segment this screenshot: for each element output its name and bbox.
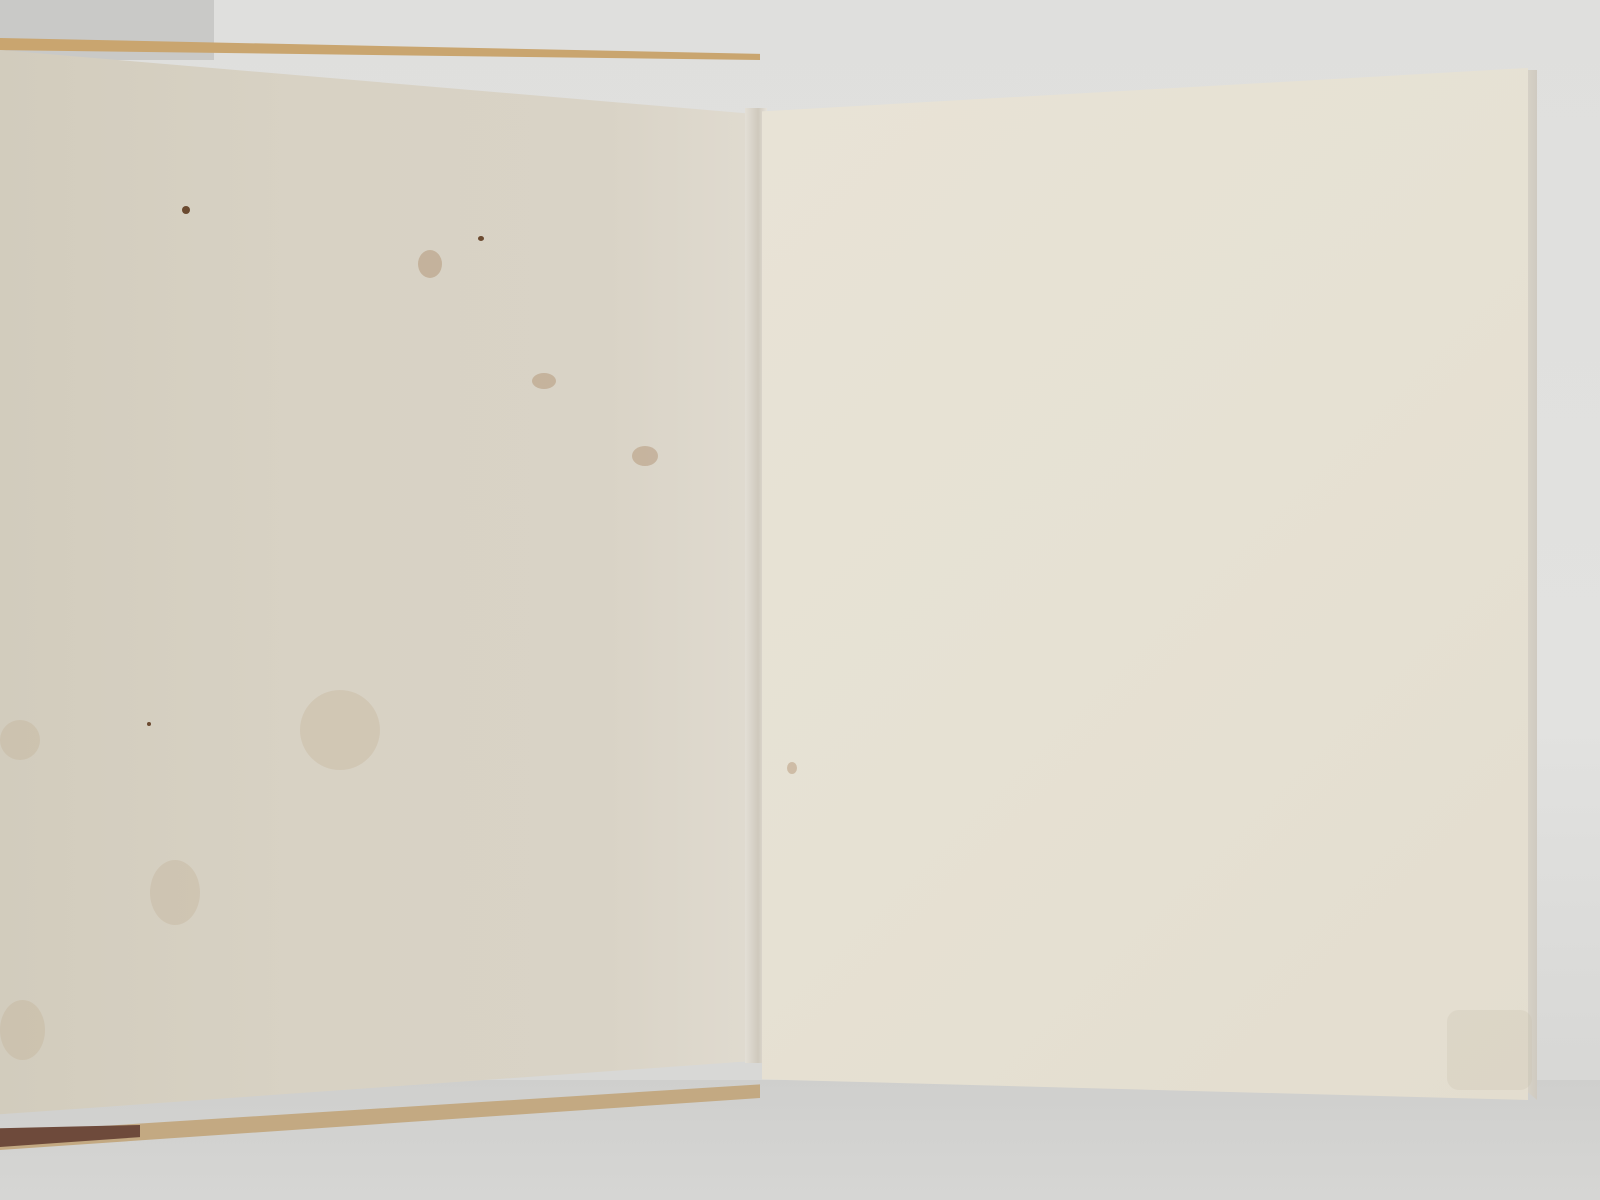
stain bbox=[300, 690, 380, 770]
speck bbox=[478, 236, 484, 241]
stain bbox=[532, 373, 556, 389]
stain bbox=[0, 1000, 45, 1060]
left-page bbox=[0, 50, 760, 1125]
stain bbox=[632, 446, 658, 466]
stain bbox=[787, 762, 797, 774]
stain bbox=[150, 860, 200, 925]
stain bbox=[1447, 1010, 1532, 1090]
right-page bbox=[762, 68, 1528, 1100]
table-surface bbox=[0, 1080, 1600, 1200]
speck bbox=[182, 206, 190, 214]
speck bbox=[147, 722, 151, 726]
stain bbox=[418, 250, 442, 278]
stain bbox=[0, 720, 40, 760]
